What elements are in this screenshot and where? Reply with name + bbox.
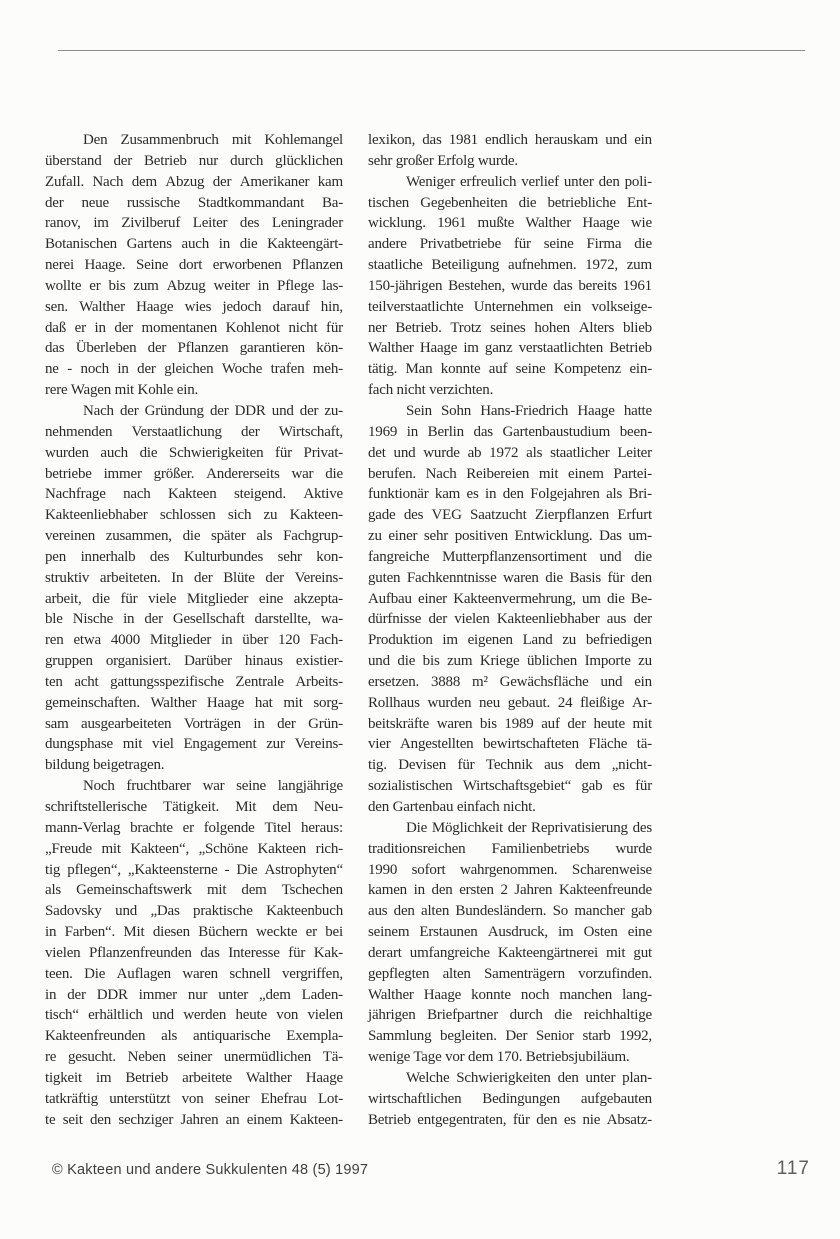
paragraph: DieMöglichkeitderReprivatisierungdestrad… — [368, 818, 652, 1068]
text-line: wurdenauchdieSchwierigkeitenfürPrivat- — [45, 443, 343, 464]
text-line: wicklung.1961mußteWaltherHaagewie — [368, 213, 652, 234]
text-line: BotanischenGartensauchindieKakteengärt- — [45, 234, 343, 255]
text-line: teseitdensechzigerJahrenaneinemKakteen- — [45, 1110, 343, 1131]
text-line: tatkräftigunterstütztvonseinerEhefrauLot… — [45, 1089, 343, 1110]
text-line: vierAngestelltenbewirtschaftetenFlächetä… — [368, 734, 652, 755]
text-line: renetwa4000Mitgliederinüber120Fach- — [45, 630, 343, 651]
text-line: vielenPflanzenfreundendasInteressefürKak… — [45, 943, 343, 964]
text-line: 1969inBerlindasGartenbaustudiumbeen- — [368, 422, 652, 443]
text-line: ProduktionimeigenenLandzubefriedigen — [368, 630, 652, 651]
text-line: schriftstellerischeTätigkeit.MitdemNeu- — [45, 797, 343, 818]
text-line: staatlicheBeteiligungaufnehmen.1972,zum — [368, 255, 652, 276]
text-line: überstandderBetriebnurdurchglücklichen — [45, 151, 343, 172]
journal-page: DenZusammenbruchmitKohlemangelüberstandd… — [0, 0, 840, 1239]
text-line: gutenFachkenntnissewarendieBasisfürden — [368, 568, 652, 589]
text-line: bildung beigetragen. — [45, 755, 343, 776]
page-footer: © Kakteen und andere Sukkulenten 48 (5) … — [52, 1158, 810, 1180]
text-line: sozialistischenWirtschaftsgebiet“gabesfü… — [368, 776, 652, 797]
text-line: ausdenaltenBundesländern.Somanchergab — [368, 901, 652, 922]
text-line: kamenindenersten2JahrenKakteenfreunde — [368, 880, 652, 901]
text-line: tisch“erhältlichundwerdenheutevonvielen — [45, 1005, 343, 1026]
text-column-right: lexikon,das1981endlichherauskamundeinseh… — [368, 130, 652, 1131]
text-line: arbeit,diefürvieleMitgliedereineakzepta- — [45, 589, 343, 610]
text-line: struktivarbeiteten.InderBlütederVereins- — [45, 568, 343, 589]
text-line: inderDDRimmernurunter„demLaden- — [45, 985, 343, 1006]
text-line: ranov,imZivilberufLeiterdesLeningrader — [45, 213, 343, 234]
text-line: sehr großer Erfolg wurde. — [368, 151, 652, 172]
text-line: derartumfangreicheKakteengärtnereimitgut — [368, 943, 652, 964]
paragraph: lexikon,das1981endlichherauskamundeinseh… — [368, 130, 652, 172]
text-line: gadedesVEGSaatzuchtZierpflanzenErfurt — [368, 505, 652, 526]
text-line: wenige Tage vor dem 170. Betriebsjubiläu… — [368, 1047, 652, 1068]
text-line: tenachtgattungsspezifischeZentraleArbeit… — [45, 672, 343, 693]
text-line: zueinersehrpositivenEntwicklung.Dasum- — [368, 526, 652, 547]
text-line: rere Wagen mit Kohle ein. — [45, 380, 343, 401]
paragraph: Wenigererfreulichverliefunterdenpoli-tis… — [368, 172, 652, 401]
text-line: peninnerhalbdesKulturbundessehrkon- — [45, 547, 343, 568]
paragraph: Nochfruchtbarerwarseinelangjährigeschrif… — [45, 776, 343, 1130]
text-line: daßerindermomentanenKohlenotnichtfür — [45, 318, 343, 339]
text-line: WaltherHaagekonntenochmanchenlang- — [368, 985, 652, 1006]
text-line: dürfnissedervielenKakteenliebhaberausder — [368, 609, 652, 630]
text-line: alsGemeinschaftswerkmitdemTschechen — [45, 880, 343, 901]
text-line: gemeinschaften.WaltherHaagehatmitsorg- — [45, 693, 343, 714]
text-line: Rollhauswurdenneugebaut.24fleißigeAr- — [368, 693, 652, 714]
text-line: tischenGegebenheitendiebetrieblicheEnt- — [368, 193, 652, 214]
paragraph: SeinSohnHans-FriedrichHaagehatte1969inBe… — [368, 401, 652, 818]
text-line: seinemErstaunenAusdruck,imOsteneine — [368, 922, 652, 943]
text-line: funktionärkamesindenFolgejahrenalsBri- — [368, 484, 652, 505]
text-line: tig.DevisenfürTechnikausdem„nicht- — [368, 755, 652, 776]
text-line: lexikon,das1981endlichherauskamundein — [368, 130, 652, 151]
text-line: samausgearbeitetenVorträgeninderGrün- — [45, 714, 343, 735]
text-line: derneuerussischeStadtkommandantBa- — [45, 193, 343, 214]
text-line: regesucht.NebenseinerunermüdlichenTä- — [45, 1047, 343, 1068]
page-number: 117 — [777, 1158, 810, 1180]
text-line: mann-VerlagbrachteerfolgendeTitelheraus: — [45, 818, 343, 839]
text-line: bleNischeinderGesellschaftdarstellte,wa- — [45, 609, 343, 630]
text-column-left: DenZusammenbruchmitKohlemangelüberstandd… — [45, 130, 343, 1131]
text-line: berufen.NachReibereienmiteinemPartei- — [368, 464, 652, 485]
text-line: ne-nochindergleichenWochetrafenmeh- — [45, 359, 343, 380]
text-line: teen.DieAuflagenwarenschnellvergriffen, — [45, 964, 343, 985]
footer-copyright: © Kakteen und andere Sukkulenten 48 (5) … — [52, 1162, 368, 1178]
text-line: nehmendenVerstaatlichungderWirtschaft, — [45, 422, 343, 443]
text-line: wollteerbiszumAbzugweiterinPflegelas- — [45, 276, 343, 297]
text-line: fangreicheMutterpflanzensortimentunddie — [368, 547, 652, 568]
text-line: fach nicht verzichten. — [368, 380, 652, 401]
text-line: anderePrivatbetriebefürseineFirmadie — [368, 234, 652, 255]
paragraph: NachderGründungderDDRundderzu-nehmendenV… — [45, 401, 343, 776]
text-line: vereinenzusammen,diespäteralsFachgrup- — [45, 526, 343, 547]
paragraph: DenZusammenbruchmitKohlemangelüberstandd… — [45, 130, 343, 401]
text-line: tätig.MankonnteaufseineKompetenzein- — [368, 359, 652, 380]
text-line: WaltherHaageimganzverstaatlichtenBetrieb — [368, 338, 652, 359]
text-line: unddiebiszumKriegeüblichenImportezu — [368, 651, 652, 672]
text-line: tigpflegen“,„Kakteensterne-DieAstrophyte… — [45, 860, 343, 881]
text-line: teilverstaatlichteUnternehmeneinvolkseig… — [368, 297, 652, 318]
text-line: KakteenfreundenalsantiquarischeExempla- — [45, 1026, 343, 1047]
text-line: Zufall.NachdemAbzugderAmerikanerkam — [45, 172, 343, 193]
paragraph: WelcheSchwierigkeitendenunterplan-wirtsc… — [368, 1068, 652, 1131]
text-line: AufbaueinerKakteenvermehrung,umdieBe- — [368, 589, 652, 610]
text-line: 150-jährigenBestehen,wurdedasbereits1961 — [368, 276, 652, 297]
header-rule — [58, 50, 805, 51]
text-line: wirtschaftlichenBedingungenaufgebauten — [368, 1089, 652, 1110]
text-line: betriebeimmergrößer.Andererseitswardie — [45, 464, 343, 485]
text-line: den Gartenbau einfach nicht. — [368, 797, 652, 818]
text-line: nerBetrieb.TrotzseineshohenAltersblieb — [368, 318, 652, 339]
text-line: nereiHaage.SeinedorterworbenenPflanzen — [45, 255, 343, 276]
text-line: jährigenBriefpartnerdurchdiereichhaltige — [368, 1005, 652, 1026]
text-line: NachderGründungderDDRundderzu- — [45, 401, 343, 422]
text-line: „FreudemitKakteen“,„SchöneKakteenrich- — [45, 839, 343, 860]
text-line: WelcheSchwierigkeitendenunterplan- — [368, 1068, 652, 1089]
article-body: DenZusammenbruchmitKohlemangelüberstandd… — [45, 130, 652, 1131]
text-line: SeinSohnHans-FriedrichHaagehatte — [368, 401, 652, 422]
text-line: Wenigererfreulichverliefunterdenpoli- — [368, 172, 652, 193]
text-line: beitskräftewarenbis1989aufderheutemit — [368, 714, 652, 735]
text-line: inFarben“.MitdiesenBüchernweckteerbei — [45, 922, 343, 943]
text-line: Betriebentgegentraten,fürdenesnieAbsatz- — [368, 1110, 652, 1131]
text-line: 1990sofortwahrgenommen.Scharenweise — [368, 860, 652, 881]
text-line: DenZusammenbruchmitKohlemangel — [45, 130, 343, 151]
text-line: sen.WaltherHaagewiesjedochdaraufhin, — [45, 297, 343, 318]
text-line: ersetzen.3888m²Gewächsflächeundein — [368, 672, 652, 693]
text-line: KakteenliebhaberschlossensichzuKakteen- — [45, 505, 343, 526]
text-line: NachfragenachKakteensteigend.Aktive — [45, 484, 343, 505]
text-line: dungsphasemitvielEngagementzurVereins- — [45, 734, 343, 755]
text-line: Sadovskyund„DaspraktischeKakteenbuch — [45, 901, 343, 922]
text-line: dasÜberlebenderPflanzengarantierenkön- — [45, 338, 343, 359]
text-line: detundwurdeab1972alsstaatlicherLeiter — [368, 443, 652, 464]
text-line: gruppenorganisiert.Darüberhinausexistier… — [45, 651, 343, 672]
text-line: Nochfruchtbarerwarseinelangjährige — [45, 776, 343, 797]
text-line: gepflegtenaltenSamenträgernvorzufinden. — [368, 964, 652, 985]
text-line: traditionsreichenFamilienbetriebswurde — [368, 839, 652, 860]
text-line: tigkeitimBetriebarbeiteteWaltherHaage — [45, 1068, 343, 1089]
text-line: DieMöglichkeitderReprivatisierungdes — [368, 818, 652, 839]
text-line: Sammlungbegleiten.DerSeniorstarb1992, — [368, 1026, 652, 1047]
